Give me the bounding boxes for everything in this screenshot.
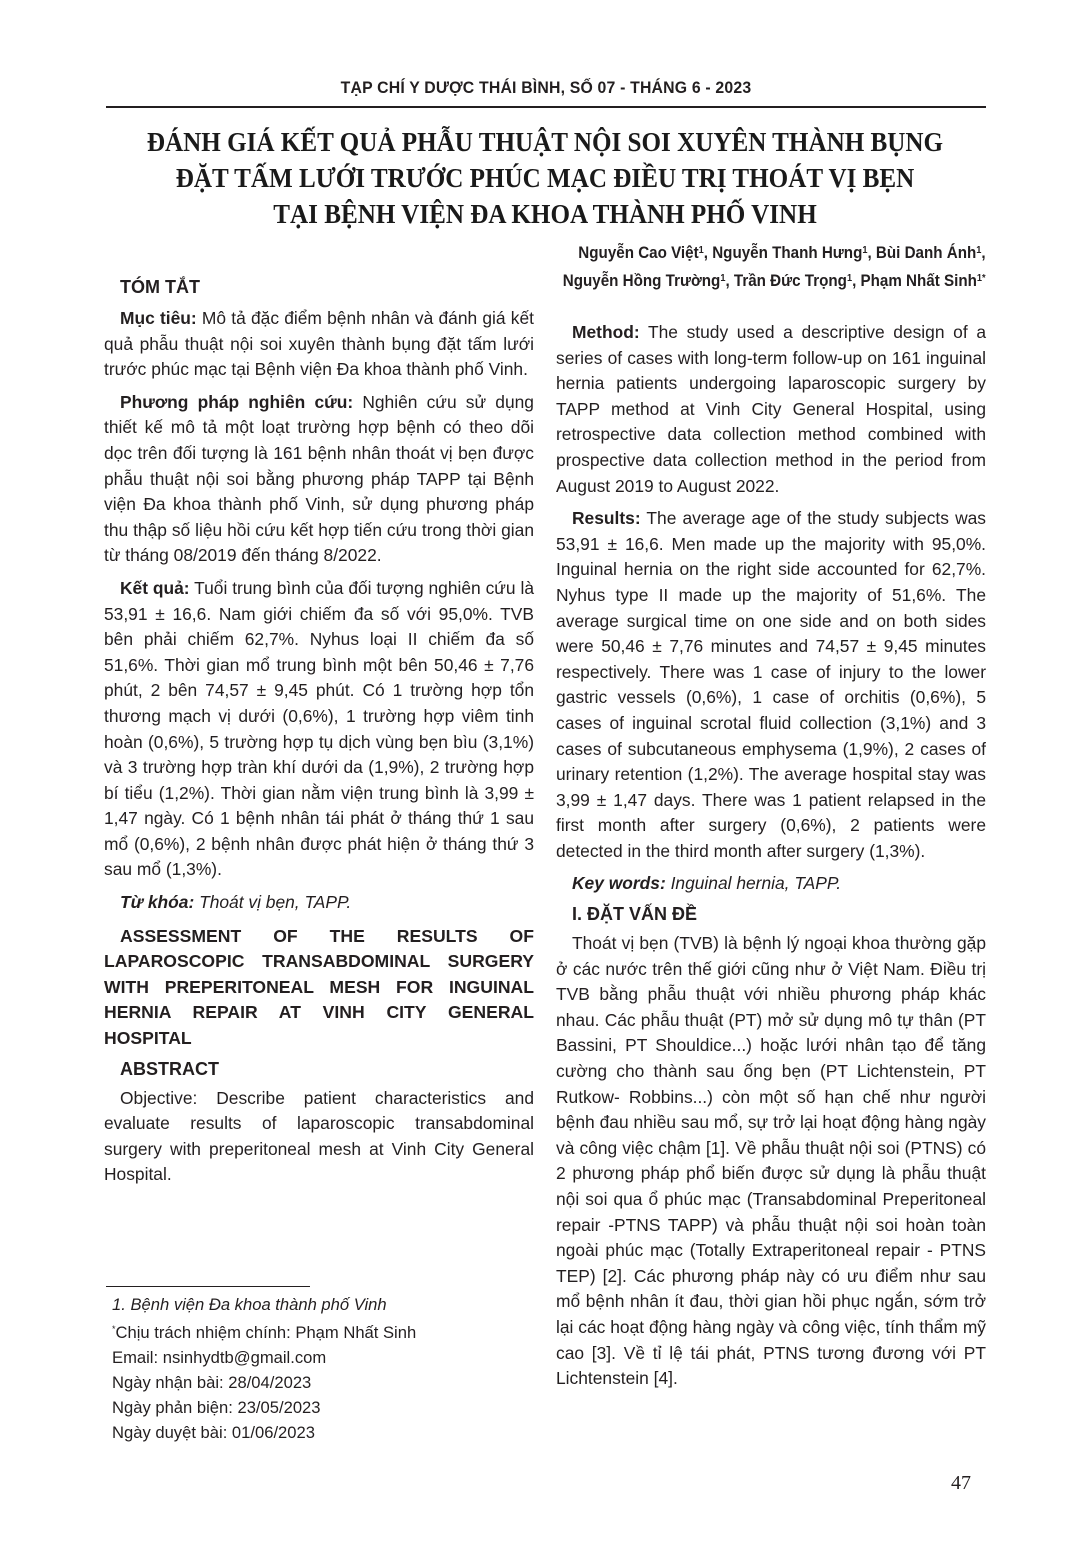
- en-keywords-text: Inguinal hernia, TAPP.: [666, 873, 841, 893]
- footnote-rule: [106, 1286, 310, 1287]
- intro-paragraph: Thoát vị bẹn (TVB) là bệnh lý ngoại khoa…: [556, 931, 986, 1392]
- left-column: TÓM TẮT Mục tiêu: Mô tả đặc điểm bệnh nh…: [104, 274, 534, 1188]
- vi-keywords-text: Thoát vị bẹn, TAPP.: [194, 892, 351, 912]
- en-keywords-label: Key words:: [572, 873, 666, 893]
- vi-method-paragraph: Phương pháp nghiên cứu: Nghiên cứu sử dụ…: [104, 390, 534, 569]
- heading-abstract: ABSTRACT: [104, 1056, 534, 1082]
- author-name: Nguyễn Thanh Hưng: [713, 244, 863, 262]
- author-affiliation-mark: 1*: [977, 273, 986, 284]
- vi-method-text: Nghiên cứu sử dụng thiết kế mô tả một lo…: [104, 392, 534, 566]
- author-name: Phạm Nhất Sinh: [861, 272, 977, 290]
- title-line-2: ĐẶT TẤM LƯỚI TRƯỚC PHÚC MẠC ĐIỀU TRỊ THO…: [122, 160, 968, 196]
- corresponding-author: Chịu trách nhiệm chính: Phạm Nhất Sinh: [116, 1323, 417, 1342]
- en-results-paragraph: Results: The average age of the study su…: [556, 506, 986, 864]
- author-list: Nguyễn Cao Việt1, Nguyễn Thanh Hưng1, Bù…: [526, 238, 986, 294]
- running-head: TẠP CHÍ Y DƯỢC THÁI BÌNH, SỐ 07 - THÁNG …: [137, 78, 955, 98]
- en-method-label: Method:: [572, 322, 640, 342]
- affiliation-note: 1. Bệnh viện Đa khoa thành phố Vinh: [112, 1292, 416, 1317]
- vi-objective-label: Mục tiêu:: [120, 308, 197, 328]
- en-method-text: The study used a descriptive design of a…: [556, 322, 986, 496]
- reviewed-date: Ngày phản biện: 23/05/2023: [112, 1395, 416, 1420]
- en-keywords-paragraph: Key words: Inguinal hernia, TAPP.: [556, 871, 986, 897]
- footnotes: 1. Bệnh viện Đa khoa thành phố Vinh *Chị…: [112, 1292, 416, 1445]
- english-title: ASSESSMENT OF THE RESULTS OF LAPAROSCOPI…: [104, 924, 534, 1052]
- page-number: 47: [951, 1472, 971, 1495]
- author-name: Nguyễn Cao Việt: [579, 244, 699, 262]
- received-date: Ngày nhận bài: 28/04/2023: [112, 1370, 416, 1395]
- vi-method-label: Phương pháp nghiên cứu:: [120, 392, 353, 412]
- title-line-1: ĐÁNH GIÁ KẾT QUẢ PHẪU THUẬT NỘI SOI XUYÊ…: [122, 124, 968, 160]
- vi-results-paragraph: Kết quả: Tuổi trung bình của đối tượng n…: [104, 576, 534, 883]
- en-results-text: The average age of the study subjects wa…: [556, 508, 986, 861]
- header-rule: [106, 106, 986, 108]
- right-column: Method: The study used a descriptive des…: [556, 320, 986, 1392]
- corresponding-note: *Chịu trách nhiệm chính: Phạm Nhất Sinh: [112, 1317, 416, 1345]
- author-name: Bùi Danh Ánh: [876, 244, 976, 262]
- heading-dat-van-de: I. ĐẶT VẤN ĐỀ: [556, 901, 986, 927]
- vi-results-text: Tuổi trung bình của đối tượng nghiên cứu…: [104, 578, 534, 880]
- en-results-label: Results:: [572, 508, 641, 528]
- article-title: ĐÁNH GIÁ KẾT QUẢ PHẪU THUẬT NỘI SOI XUYÊ…: [90, 124, 1000, 232]
- en-objective-paragraph: Objective: Describe patient characterist…: [104, 1086, 534, 1188]
- accepted-date: Ngày duyệt bài: 01/06/2023: [112, 1420, 416, 1445]
- heading-tom-tat: TÓM TẮT: [104, 274, 534, 300]
- title-line-3: TẠI BỆNH VIỆN ĐA KHOA THÀNH PHỐ VINH: [122, 196, 968, 232]
- journal-page: TẠP CHÍ Y DƯỢC THÁI BÌNH, SỐ 07 - THÁNG …: [0, 0, 1090, 1541]
- author-name: Trần Đức Trọng: [734, 272, 847, 290]
- vi-keywords-paragraph: Từ khóa: Thoát vị bẹn, TAPP.: [104, 890, 534, 916]
- author-separator: ,: [982, 244, 986, 262]
- email-note[interactable]: Email: nsinhydtb@gmail.com: [112, 1345, 416, 1370]
- author-name: Nguyễn Hồng Trường: [563, 272, 721, 290]
- author-line-1: Nguyễn Cao Việt1, Nguyễn Thanh Hưng1, Bù…: [563, 238, 986, 266]
- author-line-2: Nguyễn Hồng Trường1, Trần Đức Trọng1, Ph…: [563, 266, 986, 294]
- vi-keywords-label: Từ khóa:: [120, 892, 194, 912]
- en-method-paragraph: Method: The study used a descriptive des…: [556, 320, 986, 499]
- vi-results-label: Kết quả:: [120, 578, 190, 598]
- vi-objective-paragraph: Mục tiêu: Mô tả đặc điểm bệnh nhân và đá…: [104, 306, 534, 383]
